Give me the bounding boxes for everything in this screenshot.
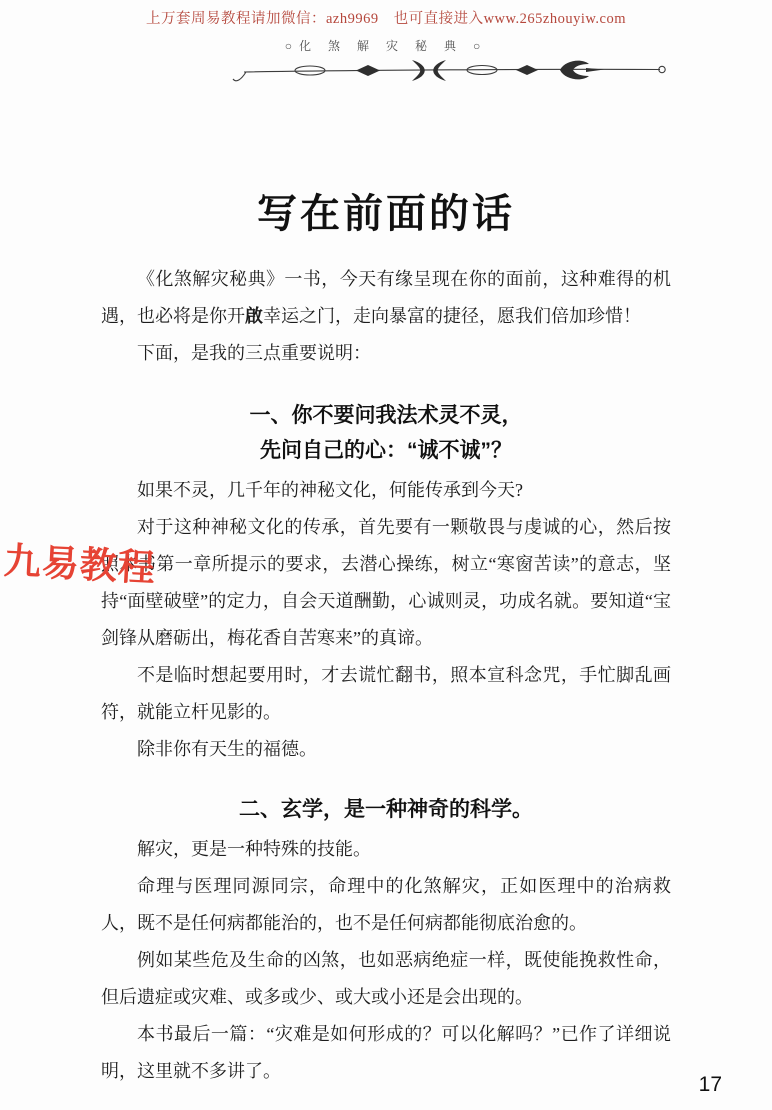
section1-paragraph-3: 不是临时想起要用时，才去谎忙翻书，照本宣科念咒，手忙脚乱画符，就能立杆见影的。 xyxy=(101,657,671,731)
book-page: 上万套周易教程请加微信：azh9969 也可直接进入www.265zhouyiw… xyxy=(0,0,772,1110)
header-series-title: ○化 煞 解 灾 秘 典 ○ xyxy=(0,37,772,54)
header-promo-text: 上万套周易教程请加微信：azh9969 也可直接进入www.265zhouyiw… xyxy=(0,0,772,28)
section1-paragraph-2: 对于这种神秘文化的传承，首先要有一颗敬畏与虔诚的心，然后按照本书第一章所提示的要… xyxy=(101,509,671,657)
body-content: 《化煞解灾秘典》一书，今天有缘呈现在你的面前，这种难得的机遇，也必将是你开啟幸运… xyxy=(101,261,671,1090)
section2-heading: 二、玄学，是一种神奇的科学。 xyxy=(101,792,671,827)
page-title: 写在前面的话 xyxy=(0,182,772,239)
intro-p1-text-cont: 幸运之门，走向暴富的捷径，愿我们倍加珍惜！ xyxy=(263,306,641,326)
intro-paragraph-1: 《化煞解灾秘典》一书，今天有缘呈现在你的面前，这种难得的机遇，也必将是你开啟幸运… xyxy=(101,261,671,335)
section1-paragraph-4: 除非你有天生的福德。 xyxy=(101,731,671,768)
intro-p1-bold-char: 啟 xyxy=(245,306,263,326)
section1-heading: 一、你不要问我法术灵不灵， 先问自己的心：“诚不诚”？ xyxy=(101,398,671,468)
section1-paragraph-1: 如果不灵，几千年的神秘文化，何能传承到今天? xyxy=(101,472,671,509)
intro-paragraph-2: 下面，是我的三点重要说明： xyxy=(101,335,671,372)
section2-paragraph-2: 命理与医理同源同宗，命理中的化煞解灾，正如医理中的治病救人，既不是任何病都能治的… xyxy=(101,868,671,942)
section2-paragraph-3: 例如某些危及生命的凶煞，也如恶病绝症一样，既使能挽救性命，但后遗症或灾难、或多或… xyxy=(101,942,671,1016)
section1-heading-line1: 一、你不要问我法术灵不灵， xyxy=(101,398,671,433)
section2-paragraph-4: 本书最后一篇：“灾难是如何形成的？可以化解吗？”已作了详细说明，这里就不多讲了。 xyxy=(101,1016,671,1090)
page-number: 17 xyxy=(699,1073,722,1097)
decorative-divider-flourish xyxy=(230,56,670,84)
red-watermark-stamp: 九易教程 xyxy=(3,530,158,592)
section1-heading-line2: 先问自己的心：“诚不诚”？ xyxy=(101,433,671,468)
section2-heading-line1: 二、玄学，是一种神奇的科学。 xyxy=(101,792,671,827)
section2-paragraph-1: 解灾，更是一种特殊的技能。 xyxy=(101,831,671,868)
